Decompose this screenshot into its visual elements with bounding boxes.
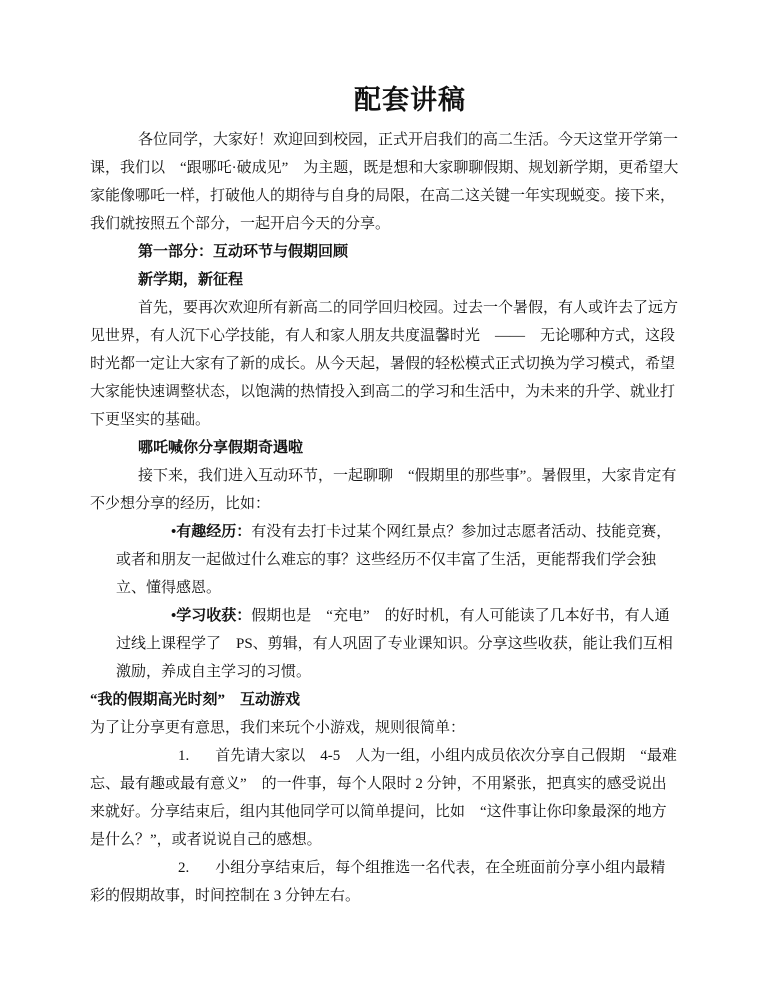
numbered-step-1: 1.首先请大家以 4-5 人为一组，小组内成员依次分享自己假期 “最难忘、最有趣… — [90, 742, 680, 854]
intro-paragraph: 各位同学，大家好！欢迎回到校园，正式开启我们的高二生活。今天这堂开学第一课，我们… — [90, 126, 680, 238]
document-content: 配套讲稿 各位同学，大家好！欢迎回到校园，正式开启我们的高二生活。今天这堂开学第… — [90, 0, 680, 910]
game-intro-paragraph: 为了让分享更有意思，我们来玩个小游戏，规则很简单： — [90, 714, 680, 742]
document-title: 配套讲稿 — [90, 82, 680, 118]
holiday-share-paragraph: 接下来，我们进入互动环节，一起聊聊 “假期里的那些事”。暑假里，大家肯定有不少想… — [90, 462, 680, 518]
subheading-highlight-game: “我的假期高光时刻” 互动游戏 — [90, 686, 680, 714]
section-heading-part1: 第一部分：互动环节与假期回顾 — [90, 238, 680, 266]
step-text: 小组分享结束后，每个组推选一名代表，在全班面前分享小组内最精彩的假期故事，时间控… — [90, 860, 665, 904]
step-number: 2. — [178, 860, 189, 876]
subheading-holiday-share: 哪吒喊你分享假期奇遇啦 — [90, 434, 680, 462]
bullet-label: 学习收获： — [176, 608, 251, 624]
step-number: 1. — [178, 748, 189, 764]
document-body: 各位同学，大家好！欢迎回到校园，正式开启我们的高二生活。今天这堂开学第一课，我们… — [90, 126, 680, 910]
new-term-paragraph: 首先，要再次欢迎所有新高二的同学回归校园。过去一个暑假，有人或许去了远方见世界，… — [90, 294, 680, 434]
bullet-item-learning-gains: •学习收获：假期也是 “充电” 的好时机，有人可能读了几本好书，有人通过线上课程… — [90, 602, 680, 686]
bullet-item-fun-experience: •有趣经历：有没有去打卡过某个网红景点？参加过志愿者活动、技能竞赛，或者和朋友一… — [90, 518, 680, 602]
bullet-label: 有趣经历： — [176, 524, 251, 540]
document-page: 配套讲稿 各位同学，大家好！欢迎回到校园，正式开启我们的高二生活。今天这堂开学第… — [0, 0, 770, 1000]
subheading-new-term: 新学期，新征程 — [90, 266, 680, 294]
numbered-step-2: 2.小组分享结束后，每个组推选一名代表，在全班面前分享小组内最精彩的假期故事，时… — [90, 854, 680, 910]
